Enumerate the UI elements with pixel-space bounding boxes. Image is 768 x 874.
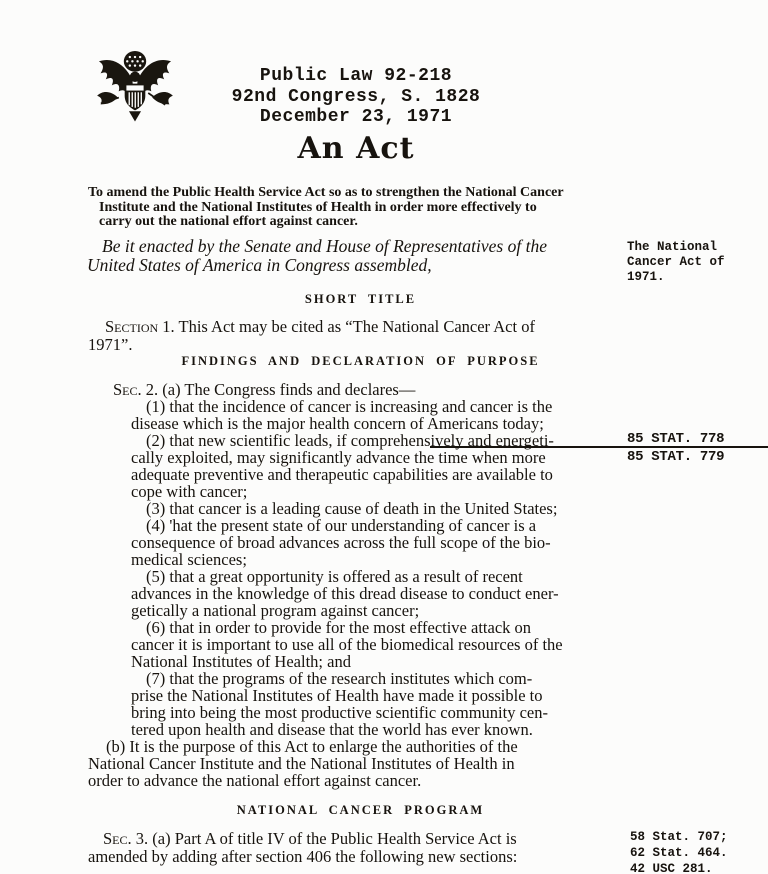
- section-3-paragraph: Sec. 3. (a) Part A of title IV of the Pu…: [88, 830, 633, 865]
- section-3-label: Sec.: [103, 829, 132, 848]
- enactment-date-line: December 23, 1971: [106, 107, 606, 128]
- finding-clause-4: (4) 'hat the present state of our unders…: [131, 517, 633, 568]
- finding-clause-2: (2) that new scientific leads, if compre…: [131, 432, 633, 500]
- finding-clause-6: (6) that in order to provide for the mos…: [131, 619, 633, 670]
- section-3-text: 3. (a) Part A of title IV of the Public …: [88, 829, 517, 866]
- margin-note-stat-778: 85 STAT. 778: [627, 432, 724, 446]
- page-break-rule: [430, 446, 768, 448]
- enacting-clause: Be it enacted by the Senate and House of…: [87, 237, 635, 275]
- margin-note-statute-refs: 58 Stat. 707; 62 Stat. 464. 42 USC 281.: [630, 829, 728, 874]
- statute-page: Public Law 92-218 92nd Congress, S. 1828…: [0, 0, 768, 874]
- heading-findings: FINDINGS AND DECLARATION OF PURPOSE: [88, 354, 633, 369]
- margin-note-act-name: The National Cancer Act of 1971.: [627, 240, 725, 286]
- margin-note-stat-779: 85 STAT. 779: [627, 450, 724, 464]
- section-1-paragraph: Section 1. This Act may be cited as “The…: [88, 318, 633, 353]
- preamble: To amend the Public Health Service Act s…: [88, 186, 635, 230]
- law-number-line: Public Law 92-218: [106, 66, 606, 87]
- header-block: Public Law 92-218 92nd Congress, S. 1828…: [106, 66, 606, 128]
- finding-clause-5: (5) that a great opportunity is offered …: [131, 568, 633, 619]
- finding-clause-7: (7) that the programs of the research in…: [131, 670, 633, 738]
- section-1-label: Section: [105, 317, 158, 336]
- purpose-paragraph: (b) It is the purpose of this Act to enl…: [88, 738, 633, 789]
- section-2-body: Sec. 2. (a) The Congress finds and decla…: [88, 381, 633, 789]
- finding-clause-1: (1) that the incidence of cancer is incr…: [131, 398, 633, 432]
- congress-bill-line: 92nd Congress, S. 1828: [106, 87, 606, 108]
- act-title: An Act: [106, 131, 606, 166]
- heading-short-title: SHORT TITLE: [88, 292, 633, 307]
- section-2-label: Sec.: [113, 380, 142, 399]
- finding-clause-3: (3) that cancer is a leading cause of de…: [131, 500, 633, 517]
- section-2-intro: Sec. 2. (a) The Congress finds and decla…: [88, 381, 633, 398]
- heading-national-cancer-program: NATIONAL CANCER PROGRAM: [88, 803, 633, 818]
